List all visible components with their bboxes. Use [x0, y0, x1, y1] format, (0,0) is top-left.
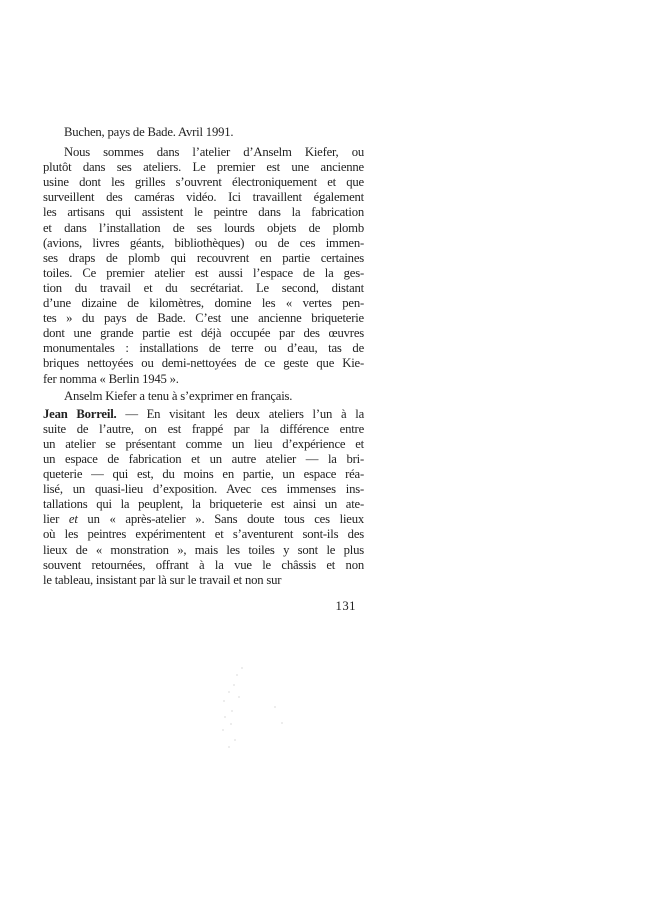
text-line: queterie — qui est, du moins en partie, …	[43, 467, 364, 482]
text-line: briques nettoyées ou demi-nettoyées de c…	[43, 356, 364, 371]
text-line: usine dont les grilles s’ouvrent électro…	[43, 175, 364, 190]
text-line: suite de l’autre, on est frappé par la d…	[43, 422, 364, 437]
scan-speck	[233, 684, 235, 686]
scan-speck	[238, 696, 240, 698]
scan-speck	[234, 739, 236, 741]
page-number: 131	[43, 599, 356, 614]
text-line: monumentales : installations de terre ou…	[43, 341, 364, 356]
scan-speck	[231, 710, 233, 712]
text-line: où les peintres expérimentent et s’avent…	[43, 527, 364, 542]
text-line: lieux de « monstration », mais les toile…	[43, 543, 364, 558]
text-line: plutôt dans ses ateliers. Le premier est…	[43, 160, 364, 175]
book-page: Buchen, pays de Bade. Avril 1991.Nous so…	[0, 0, 650, 918]
scan-speck	[228, 746, 230, 748]
paragraph: Anselm Kiefer a tenu à s’exprimer en fra…	[43, 389, 364, 404]
paragraph: Buchen, pays de Bade. Avril 1991.	[43, 125, 364, 140]
scan-speck	[222, 729, 224, 731]
text-block: Buchen, pays de Bade. Avril 1991.Nous so…	[43, 125, 364, 588]
text-line: un espace de fabrication et un autre ate…	[43, 452, 364, 467]
paragraph: Jean Borreil. — En visitant les deux ate…	[43, 407, 364, 588]
scan-speck	[228, 691, 230, 693]
text-line: (avions, livres géants, bibliothèques) o…	[43, 236, 364, 251]
scan-speck	[281, 722, 283, 724]
text-line: Jean Borreil. — En visitant les deux ate…	[43, 407, 364, 422]
scan-speck	[223, 700, 225, 702]
text-line: lisé, un quasi-lieu d’exposition. Avec c…	[43, 482, 364, 497]
text-line: Nous sommes dans l’atelier d’Anselm Kief…	[43, 145, 364, 160]
text-line: Buchen, pays de Bade. Avril 1991.	[43, 125, 364, 140]
text-line: le tableau, insistant par là sur le trav…	[43, 573, 364, 588]
text-line: Anselm Kiefer a tenu à s’exprimer en fra…	[43, 389, 364, 404]
text-line: tion du travail et du secrétariat. Le se…	[43, 281, 364, 296]
text-line: tes » du pays de Bade. C’est une ancienn…	[43, 311, 364, 326]
scan-speck	[230, 723, 232, 725]
text-line: ses draps de plomb qui recouvrent en par…	[43, 251, 364, 266]
text-line: souvent retournées, offrant à la vue le …	[43, 558, 364, 573]
text-line: lier et un « après-atelier ». Sans doute…	[43, 512, 364, 527]
text-line: et dans l’installation de ses lourds obj…	[43, 221, 364, 236]
text-line: surveillent des caméras vidéo. Ici trava…	[43, 190, 364, 205]
text-line: toiles. Ce premier atelier est aussi l’e…	[43, 266, 364, 281]
text-line: d’une dizaine de kilomètres, domine les …	[43, 296, 364, 311]
scan-speck	[241, 667, 243, 669]
text-line: un atelier se présentant comme un lieu d…	[43, 437, 364, 452]
text-line: dont une grande partie est déjà occupée …	[43, 326, 364, 341]
paragraph: Nous sommes dans l’atelier d’Anselm Kief…	[43, 145, 364, 387]
text-line: fer nomma « Berlin 1945 ».	[43, 372, 364, 387]
scan-speck	[274, 706, 276, 708]
scan-speck	[224, 716, 226, 718]
text-line: les artisans qui assistent le peintre da…	[43, 205, 364, 220]
text-line: tallations qui la peuplent, la briqueter…	[43, 497, 364, 512]
scan-speck	[236, 674, 238, 676]
